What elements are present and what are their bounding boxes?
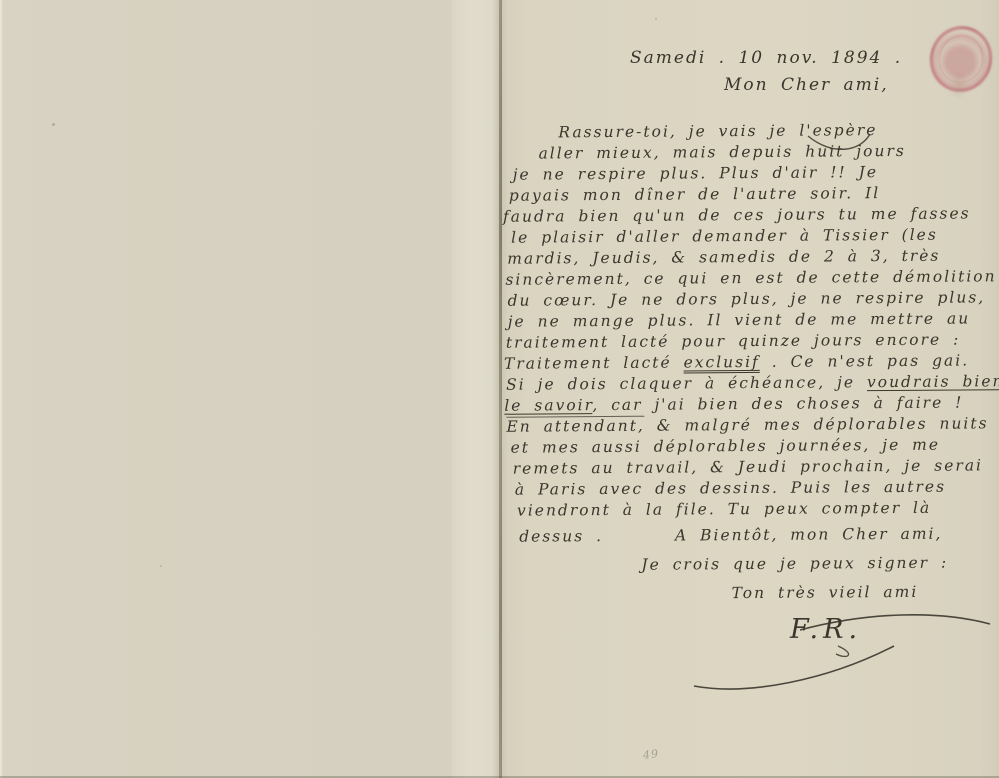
phrase: . Ce n'est pas gai.: [760, 351, 969, 370]
phrase: je ne respire plus. Plus d'air !! Je: [513, 163, 878, 184]
phrase: le plaisir d'aller demander à Tissier (l…: [511, 226, 938, 247]
phrase: Si je dois claquer à échéance, je: [506, 373, 867, 394]
phrase: payais mon dîner de l'autre soir. Il: [509, 184, 881, 205]
salutation: Mon Cher ami,: [724, 75, 996, 95]
paper-speck: [655, 18, 657, 20]
phrase: aller mieux, mais depuis huit jours: [538, 142, 905, 163]
phrase: , car j'ai bien des choses à faire !: [592, 394, 963, 415]
signature-block: F.R.: [688, 602, 998, 697]
phrase: sincèrement, ce qui en est de cette démo…: [505, 267, 996, 288]
letter-header: Samedi . 10 nov. 1894 . Mon Cher ami,: [504, 48, 996, 95]
underlined-phrase: exclusif: [684, 353, 760, 372]
signature-initials: F.R.: [790, 614, 862, 645]
manuscript-line: Rassure-toi, je vais je l'espère: [558, 120, 994, 144]
manuscript-line: Je crois que je peux signer :: [641, 553, 997, 576]
phrase: traitement lacté pour quinze jours encor…: [506, 331, 961, 352]
phrase: je ne mange plus. Il vient de me mettre …: [508, 309, 971, 330]
phrase: dessus .: [519, 527, 603, 546]
paper-speck: [160, 565, 162, 567]
paper-speck: [52, 123, 55, 126]
phrase: mardis, Jeudis, & samedis de 2 à 3, très: [507, 247, 940, 268]
date-line: Samedi . 10 nov. 1894 .: [630, 48, 996, 68]
phrase: faudra bien qu'un de ces jours tu me fas…: [503, 204, 971, 225]
letter-scan: Samedi . 10 nov. 1894 . Mon Cher ami, Ra…: [0, 0, 999, 778]
phrase: du cœur. Je ne dors plus, je ne respire …: [507, 288, 985, 309]
phrase: A Bientôt, mon Cher ami,: [675, 525, 943, 545]
overlined-phrase: En attendant,: [506, 416, 645, 436]
phrase: Ton très vieil ami: [732, 583, 919, 602]
underlined-phrase: voudrais bien: [867, 372, 999, 391]
phrase: et mes aussi déplorables journées, je me: [511, 436, 941, 457]
phrase: remets au travail, & Jeudi prochain, je …: [513, 456, 983, 477]
pencil-annotation: 49: [642, 747, 659, 762]
letter-body: Rassure-toi, je vais je l'espèrealler mi…: [502, 120, 997, 606]
phrase: Traitement lacté: [504, 353, 684, 372]
phrase: Je crois que je peux signer :: [641, 554, 948, 574]
right-letter-page: Samedi . 10 nov. 1894 . Mon Cher ami, Ra…: [502, 0, 999, 778]
phrase: & malgré mes déplorables nuits: [645, 414, 989, 434]
manuscript-line: dessus .A Bientôt, mon Cher ami,: [519, 524, 997, 548]
fold-highlight: [452, 0, 499, 778]
phrase: à Paris avec des dessins. Puis les autre…: [515, 478, 946, 499]
underlined-phrase: le savoir: [504, 396, 592, 415]
manuscript-line: viendront à la file. Tu peux compter là: [517, 498, 997, 522]
phrase: Rassure-toi, je vais je l'espère: [558, 121, 877, 141]
phrase: viendront à la file. Tu peux compter là: [517, 499, 931, 520]
left-blank-page: [0, 0, 501, 778]
